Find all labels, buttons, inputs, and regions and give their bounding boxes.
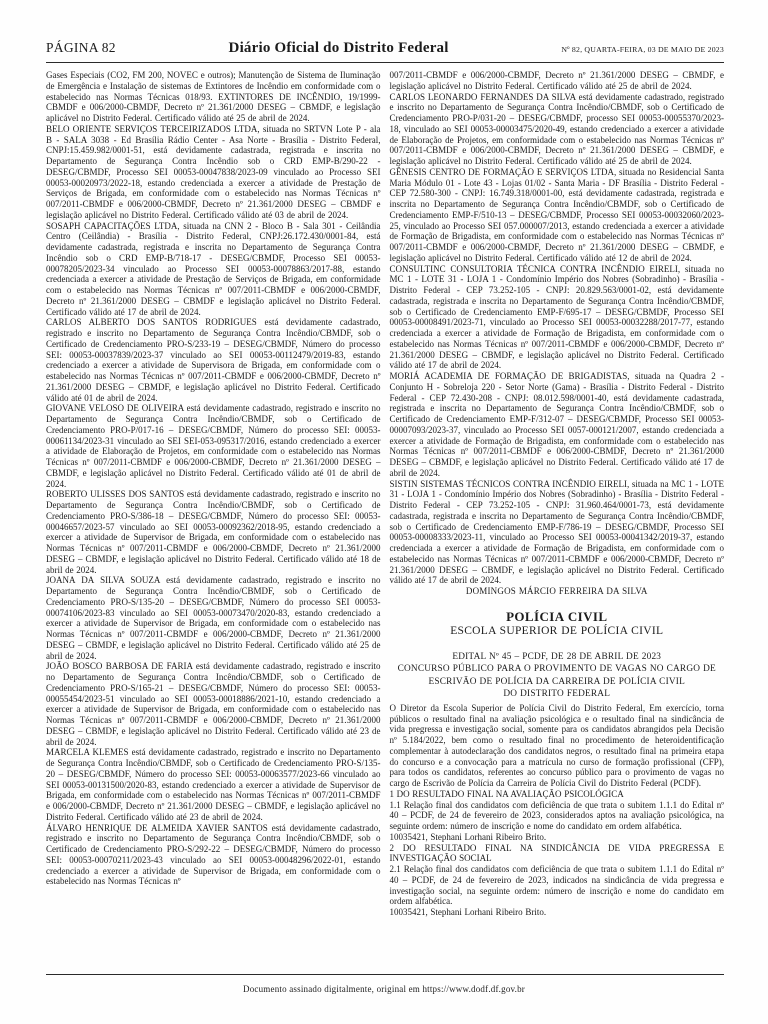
notice-paragraph: CARLOS ALBERTO DOS SANTOS RODRIGUES está… [46,317,381,403]
masthead: PÁGINA 82 Diário Oficial do Distrito Fed… [0,0,768,62]
notice-paragraph: ÁLVARO HENRIQUE DE ALMEIDA XAVIER SANTOS… [46,823,381,888]
notice-paragraph: 007/2011-CBMDF e 006/2000-CBMDF, Decreto… [390,70,725,92]
candidate-entry: 10035421, Stephani Lorhani Ribeiro Brito… [390,907,725,918]
edition-info: Nº 82, QUARTA-FEIRA, 03 DE MAIO DE 2023 [561,45,724,54]
notice-paragraph: JOANA DA SILVA SOUZA está devidamente ca… [46,575,381,661]
notice-paragraph: GIOVANE VELOSO DE OLIVEIRA está devidame… [46,403,381,489]
section-title: POLÍCIA CIVIL [390,609,725,624]
notice-paragraph: GÊNESIS CENTRO DE FORMAÇÃO E SERVIÇOS LT… [390,167,725,264]
notice-paragraph: Gases Especiais (CO2, FM 200, NOVEC e ou… [46,70,381,124]
notice-paragraph: BELO ORIENTE SERVIÇOS TERCEIRIZADOS LTDA… [46,124,381,221]
candidate-entry: 10035421, Stephani Lorhani Ribeiro Brito… [390,832,725,843]
signature-name: DOMINGOS MÁRCIO FERREIRA DA SILVA [390,586,725,597]
edital-item-heading: 2 DO RESULTADO FINAL NA SINDICÂNCIA DE V… [390,843,725,865]
edital-heading: EDITAL Nº 45 – PCDF, DE 28 DE ABRIL DE 2… [390,651,725,701]
edital-item-paragraph: 1.1 Relação final dos candidatos com def… [390,800,725,832]
right-column: 007/2011-CBMDF e 006/2000-CBMDF, Decreto… [390,70,725,918]
edital-item-paragraph: 2.1 Relação final dos candidatos com def… [390,864,725,907]
gazette-page: PÁGINA 82 Diário Oficial do Distrito Fed… [0,0,768,1024]
notice-paragraph: SOSAPH CAPACITAÇÕES LTDA, situada na CNN… [46,221,381,318]
notice-paragraph: CARLOS LEONARDO FERNANDES DA SILVA está … [390,92,725,167]
notice-paragraph: MORIÁ ACADEMIA DE FORMAÇÃO DE BRIGADISTA… [390,371,725,479]
page-number-label: PÁGINA 82 [46,40,116,56]
notice-paragraph: SISTIN SISTEMAS TÉCNICOS CONTRA INCÊNDIO… [390,479,725,587]
notice-paragraph: JOÃO BOSCO BARBOSA DE FARIA está devidam… [46,661,381,747]
digital-signature-note: Documento assinado digitalmente, origina… [0,984,768,994]
footer-rule [46,974,724,975]
gazette-title: Diário Oficial do Distrito Federal [229,40,449,57]
edital-item-heading: 1 DO RESULTADO FINAL NA AVALIAÇÃO PSICOL… [390,789,725,800]
two-column-content: Gases Especiais (CO2, FM 200, NOVEC e ou… [0,63,768,918]
notice-paragraph: ROBERTO ULISSES DOS SANTOS está devidame… [46,489,381,575]
section-subtitle: ESCOLA SUPERIOR DE POLÍCIA CIVIL [390,624,725,638]
page-footer: Documento assinado digitalmente, origina… [0,974,768,994]
left-column: Gases Especiais (CO2, FM 200, NOVEC e ou… [46,70,381,918]
notice-paragraph: CONSULTINC CONSULTORIA TÉCNICA CONTRA IN… [390,264,725,372]
notice-paragraph: MARCELA KLEMES está devidamente cadastra… [46,747,381,822]
edital-body-paragraph: O Diretor da Escola Superior de Polícia … [390,703,725,789]
